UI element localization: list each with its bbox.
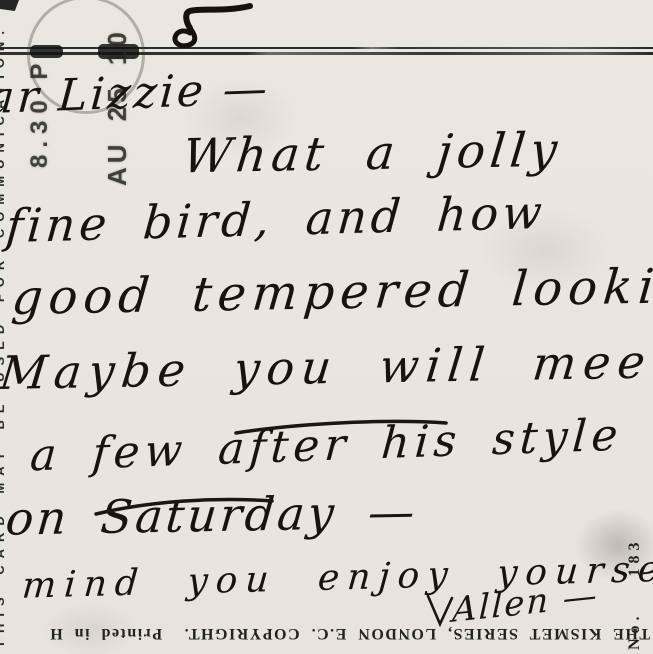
handwriting-line: fine bird, and how	[4, 189, 547, 249]
handwriting-line: a few after his style	[29, 414, 624, 479]
handwriting-line: Maybe you will meet	[0, 338, 653, 396]
card-number-imprint: No. 183	[626, 514, 644, 650]
handwriting-line: good tempered lookin	[10, 262, 653, 322]
handwriting-line: ar Lizzie —	[0, 67, 271, 121]
left-edge-imprint: THIS CARD MAY BE USED FOR COMMUNICATION.	[0, 22, 6, 648]
handwriting-line: What a jolly	[181, 127, 565, 181]
publisher-imprint: THE KISMET SERIES, LONDON E.C. COPYRIGHT…	[0, 620, 650, 642]
postcard-scan: 8.30 P AU 25 10 ar Lizzie — What a jolly…	[0, 0, 653, 654]
handwriting-line: on Saturday —	[4, 488, 419, 541]
scan-corner-mark	[0, 0, 19, 11]
